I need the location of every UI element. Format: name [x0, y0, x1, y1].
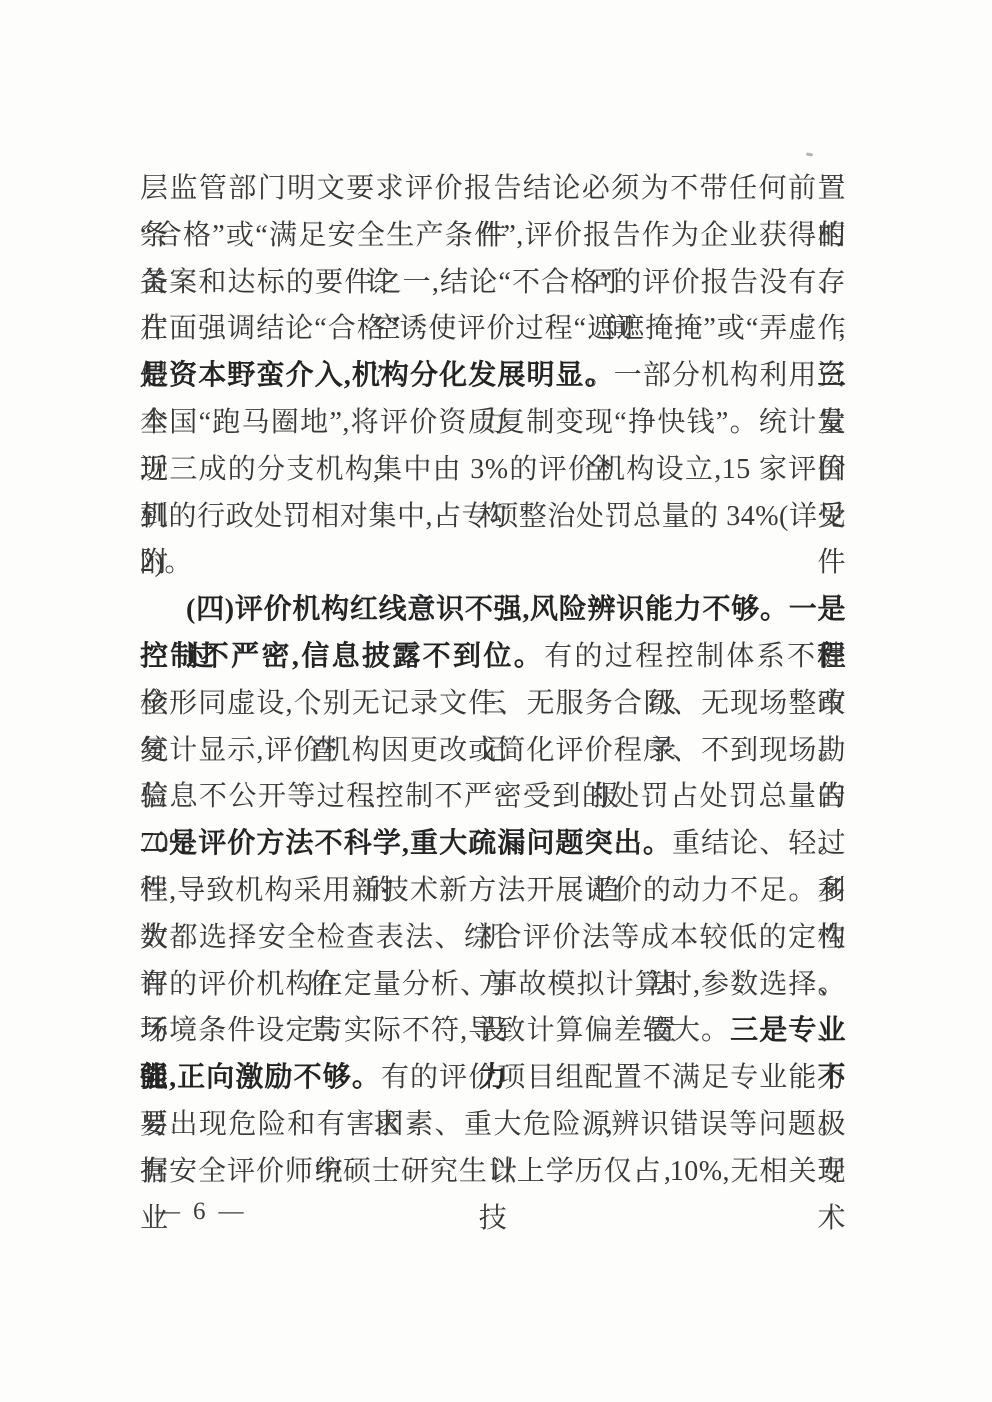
- text-line: 控制不严密,信息披露不到位。有的过程控制体系不健全、三级审: [140, 634, 846, 681]
- text-line: 片面强调结论“合格”诱使评价过程“遮遮掩掩”或“弄虚作假”。三: [140, 306, 846, 353]
- text-line: 是资本野蛮介入,机构分化发展明显。一部分机构利用资本力量: [140, 353, 846, 400]
- text-line: 核形同虚设,个别无记录文件、无服务合同、无现场整改复查记录。: [140, 681, 846, 728]
- bold-text-segment: 控制不严密,信息披露不到位。: [140, 641, 544, 672]
- text-line: 二是评价方法不科学,重大疏漏问题突出。重结论、轻过程的趋利: [140, 821, 846, 868]
- document-body: 层监管部门明文要求评价报告结论必须为不带任何前置条件的“合格”或“满足安全生产条…: [140, 166, 846, 1196]
- text-line: “合格”或“满足安全生产条件”,评价报告作为企业获得相关许可、: [140, 213, 846, 260]
- page-number: 6: [193, 1198, 206, 1226]
- text-line: 有安全评价师中硕士研究生以上学历仅占 10%,无相关专业技术: [140, 1149, 846, 1196]
- text-line: 统计显示,评价机构因更改或简化评价程序、不到现场勘验、报告: [140, 728, 846, 775]
- text-line: 层监管部门明文要求评价报告结论必须为不带任何前置条件的: [140, 166, 846, 213]
- text-line: 到的行政处罚相对集中,占专项整治处罚总量的 34%(详见附件: [140, 494, 846, 541]
- document-page: 层监管部门明文要求评价报告结论必须为不带任何前置条件的“合格”或“满足安全生产条…: [0, 0, 992, 1402]
- text-line: 近三成的分支机构集中由 3%的评价机构设立,15 家评价机构受: [140, 447, 846, 494]
- text-line: 有的评价机构在定量分析、事故模拟计算时,参数选择、场景设置、: [140, 962, 846, 1009]
- text-line: 性,导致机构采用新技术新方法开展评价的动力不足。多数机构: [140, 868, 846, 915]
- text-line: 大都选择安全检查表法、综合评价法等成本较低的定性评价方法。: [140, 915, 846, 962]
- text-line: 全国“跑马圈地”,将评价资质复制变现“挣快钱”。统计发现,全国: [140, 400, 846, 447]
- text-segment: 有安全评价师中硕士研究生以上学历仅占 10%,无相关专业技术: [140, 1156, 846, 1234]
- text-line: 信息不公开等过程控制不严密受到的处罚占处罚总量的 70%。: [140, 774, 846, 821]
- text-segment: 到的行政处罚相对集中,占专项整治处罚总量的 34%(详见附件: [140, 501, 846, 579]
- bold-text-segment: 二是评价方法不科学,重大疏漏问题突出。: [140, 828, 672, 859]
- text-line: 环境条件设定与实际不符,导致计算偏差较大。三是专业能力不: [140, 1008, 846, 1055]
- footer-dash-right: —: [219, 1198, 244, 1226]
- page-footer: — 6 —: [155, 1198, 244, 1226]
- text-segment: 2)。: [140, 547, 193, 578]
- text-line: 备案和达标的要件之一,结论“不合格”的评价报告没有存在空间,: [140, 260, 846, 307]
- scan-speck: [806, 152, 813, 156]
- footer-dash-left: —: [155, 1198, 180, 1226]
- bold-text-segment: 是资本野蛮介入,机构分化发展明显。: [140, 360, 614, 391]
- bold-text-segment: 强,正向激励不够。: [140, 1062, 381, 1093]
- text-line: 强,正向激励不够。有的评价项目组配置不满足专业能力要求,极: [140, 1055, 846, 1102]
- text-segment: 环境条件设定与实际不符,导致计算偏差较大。: [140, 1015, 730, 1046]
- text-line: 易出现危险和有害因素、重大危险源辨识错误等问题。据统计,现: [140, 1102, 846, 1149]
- text-line: (四)评价机构红线意识不强,风险辨识能力不够。一是过程: [140, 587, 846, 634]
